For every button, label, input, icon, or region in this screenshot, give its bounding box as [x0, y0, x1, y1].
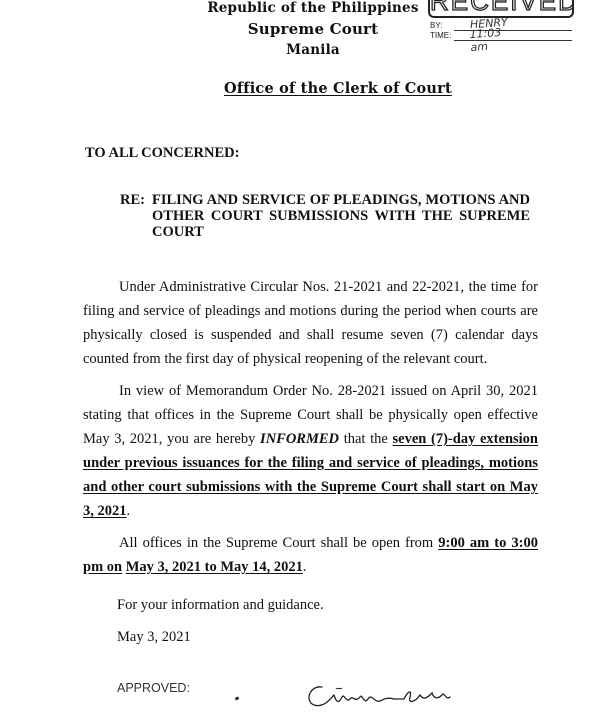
paragraph-2: In view of Memorandum Order No. 28-2021 …	[83, 379, 538, 523]
paragraph-1-text: Under Administrative Circular Nos. 21-20…	[83, 279, 538, 367]
approved-label: APPROVED:	[117, 681, 190, 695]
stamp-time-row: TIME: 11:03 am	[430, 31, 452, 40]
letterhead-republic: Republic of the Philippines	[200, 0, 426, 19]
signature	[300, 683, 460, 715]
informed-emphasis: INFORMED	[260, 431, 339, 447]
ink-speck	[235, 696, 240, 701]
subject-text: FILING AND SERVICE OF PLEADINGS, MOTIONS…	[152, 192, 530, 240]
office-dates: May 3, 2021 to May 14, 2021	[126, 559, 303, 575]
received-stamp: RECEIVED BY: HENRY TIME: 11:03 am	[426, 0, 608, 46]
closing-line: For your information and guidance.	[117, 597, 324, 614]
subject-block: RE: FILING AND SERVICE OF PLEADINGS, MOT…	[120, 192, 530, 240]
office-title: Office of the Clerk of Court	[224, 80, 452, 97]
stamp-by-row: BY: HENRY	[430, 21, 452, 30]
paragraph-1: Under Administrative Circular Nos. 21-20…	[83, 275, 538, 371]
paragraph-2-connector: that the	[339, 431, 393, 447]
letterhead-court: Supreme Court	[200, 19, 426, 40]
paragraph-3: All offices in the Supreme Court shall b…	[83, 531, 538, 579]
subject-label: RE:	[120, 192, 145, 208]
document-date: May 3, 2021	[117, 629, 191, 646]
stamp-by-label: BY:	[430, 21, 452, 30]
stamp-time-label: TIME:	[430, 31, 452, 40]
stamp-time-value: 11:03 am	[469, 26, 502, 54]
letterhead: Republic of the Philippines Supreme Cour…	[200, 0, 426, 61]
salutation: TO ALL CONCERNED:	[85, 145, 239, 162]
paragraph-3-intro: All offices in the Supreme Court shall b…	[119, 535, 438, 551]
letterhead-city: Manila	[200, 40, 426, 61]
